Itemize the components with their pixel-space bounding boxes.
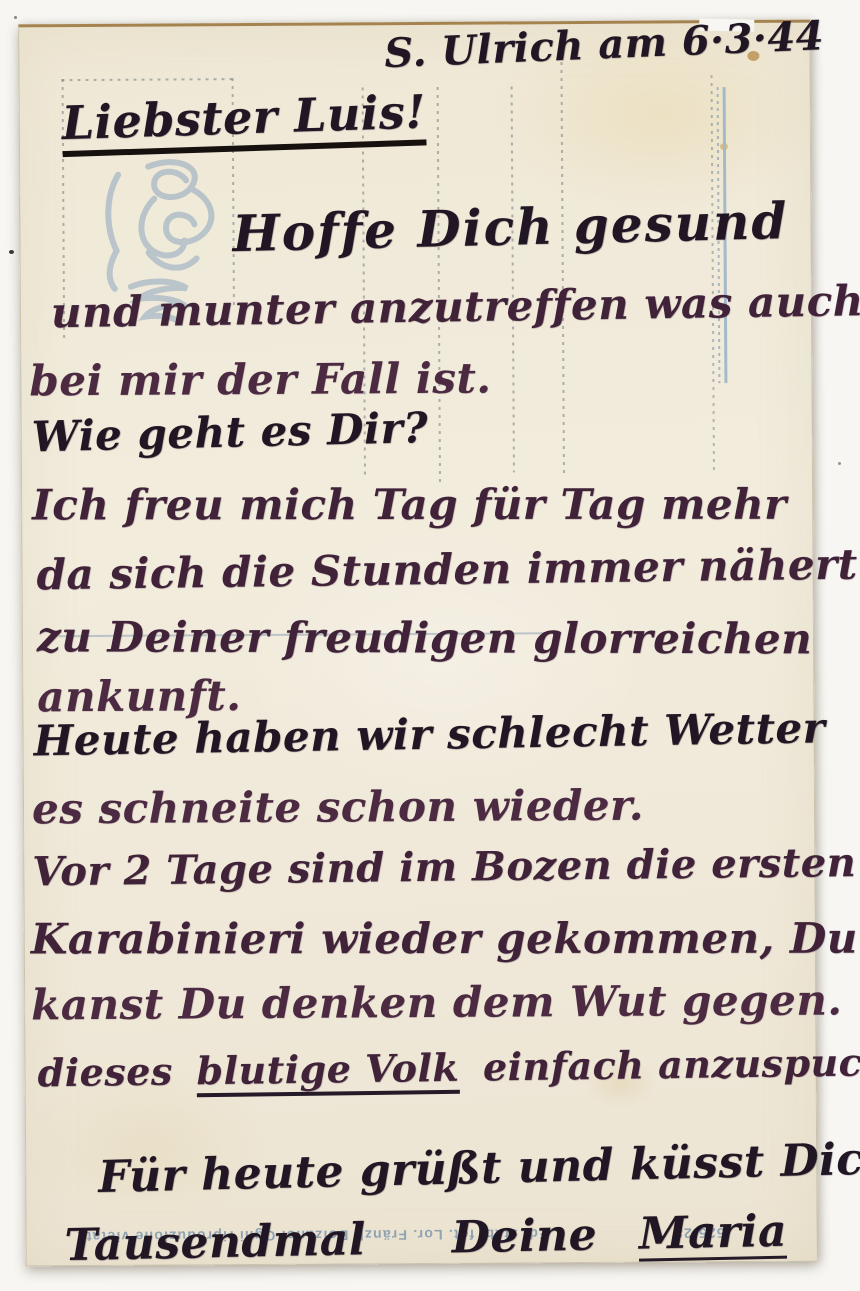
- salutation-text: Liebster Luis!: [61, 87, 427, 157]
- handwriting-line: Wie geht es Dir?: [31, 406, 428, 459]
- handwriting-line: Ich freu mich Tag für Tag mehr: [32, 483, 787, 528]
- handwriting-line: zu Deiner freudigen glorreichen: [37, 615, 812, 661]
- address-rule: [711, 75, 715, 473]
- handwriting-line: da sich die Stunden immer nähert: [36, 543, 858, 598]
- split-line-post: einfach anzuspucken: [483, 1038, 860, 1089]
- handwriting-line-underlined: dieses blutige Volk einfach anzuspucken: [37, 1041, 860, 1099]
- split-line-underlined: blutige Volk: [196, 1048, 459, 1097]
- closing-line: Für heute grüßt und küsst Dich: [98, 1136, 860, 1201]
- signature-line: Tausendmal Deine Maria: [64, 1209, 787, 1274]
- postcard-paper: 525-28 Ed. stab. fot. Lor. Fränzl, Bolza…: [18, 20, 818, 1267]
- split-line-pre: dieses: [37, 1049, 173, 1096]
- handwriting-line: bei mir der Fall ist.: [29, 357, 491, 404]
- signature-mid: Deine: [451, 1209, 597, 1263]
- stamp-box-top: [62, 78, 234, 81]
- handwriting-line: kanst Du denken dem Wut gegen.: [31, 978, 842, 1027]
- salutation: Liebster Luis!: [61, 87, 427, 157]
- handwriting-line: und munter anzutreffen was auch: [51, 279, 860, 335]
- address-rule: [511, 86, 515, 472]
- address-rule: [560, 54, 565, 474]
- date-line: S. Ulrich am 6·3·44: [384, 15, 825, 75]
- handwriting-line: Karabinieri wieder gekommen, Du: [31, 917, 858, 962]
- handwriting-line: es schneite schon wieder.: [32, 784, 644, 832]
- signature-pre: Tausendmal: [64, 1214, 366, 1271]
- scan-speck: [9, 250, 14, 254]
- handwriting-line: Hoffe Dich gesund: [232, 195, 789, 261]
- handwriting-line: Vor 2 Tage sind im Bozen die ersten: [32, 842, 856, 893]
- scanned-postcard: 525-28 Ed. stab. fot. Lor. Fränzl, Bolza…: [0, 0, 860, 1291]
- scan-speck: [14, 16, 17, 19]
- signature-name: Maria: [638, 1209, 787, 1262]
- scan-speck: [838, 462, 841, 465]
- handwriting-line: Heute haben wir schlecht Wetter: [33, 706, 825, 763]
